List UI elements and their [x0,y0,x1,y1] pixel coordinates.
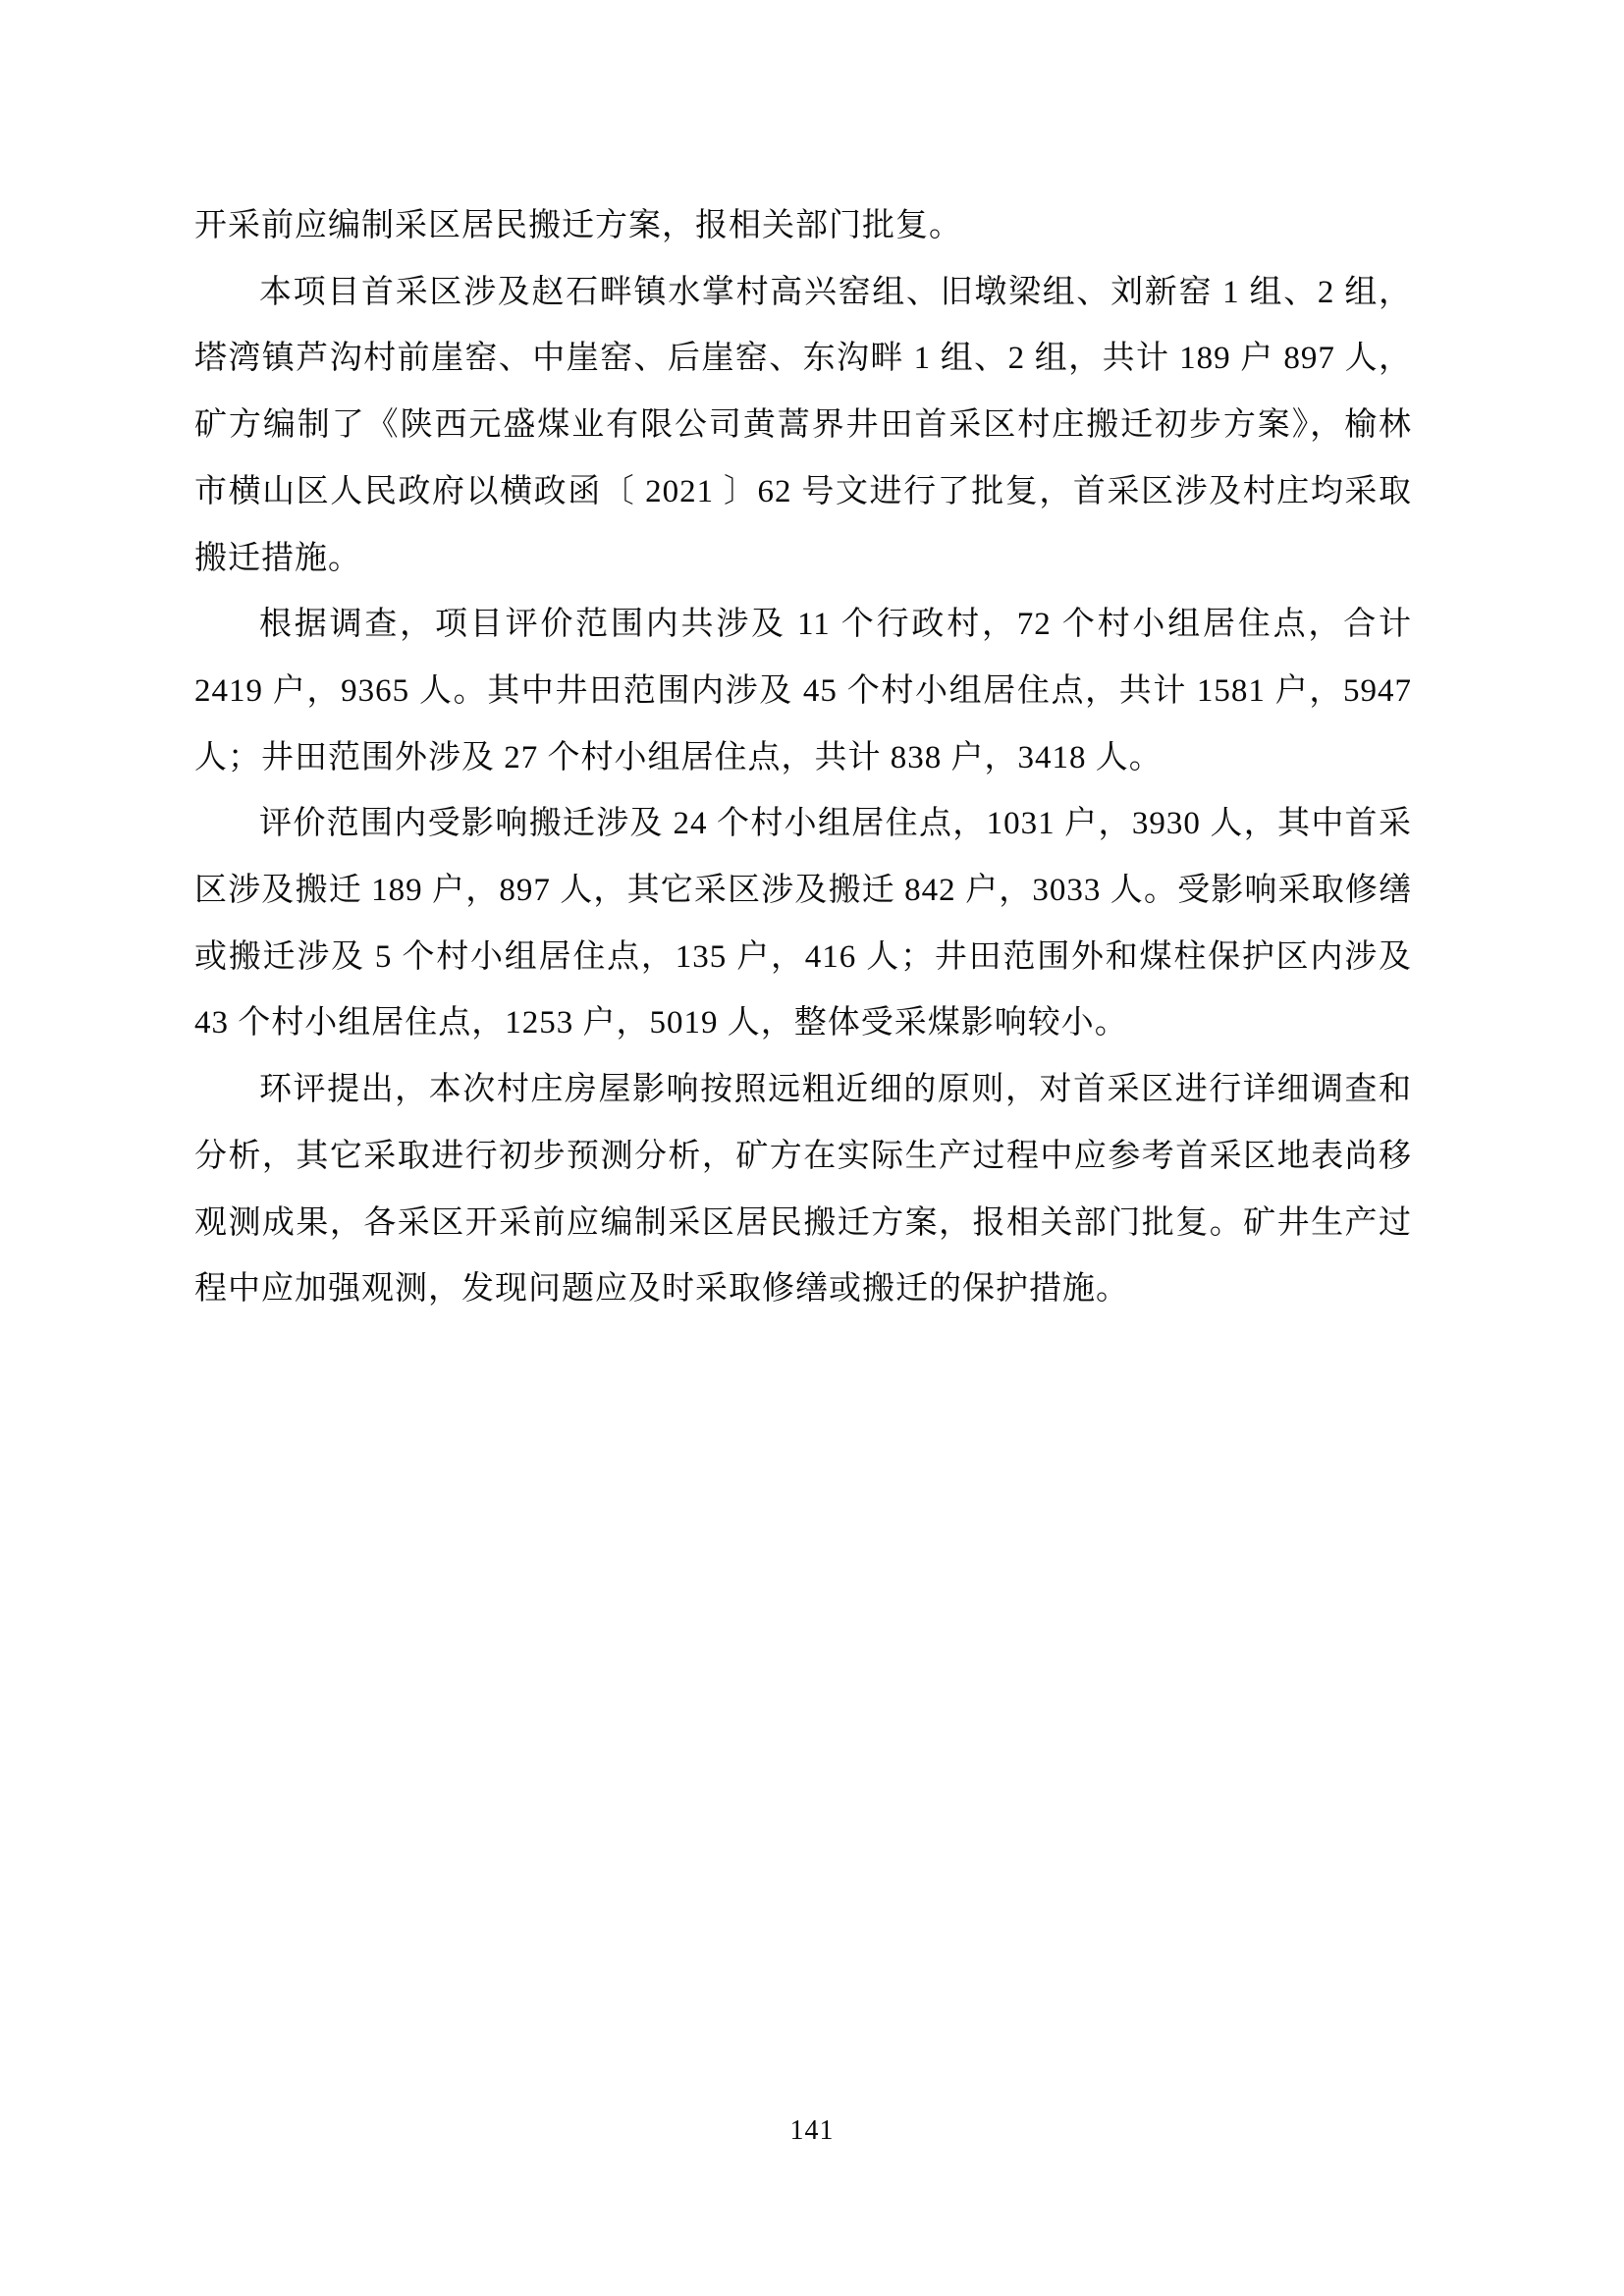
page-number: 141 [790,2115,835,2146]
paragraph-relocation-impact-statistics: 评价范围内受影响搬迁涉及 24 个村小组居住点，1031 户，3930 人，其中… [194,791,1412,1057]
paragraph-survey-statistics: 根据调查，项目评价范围内共涉及 11 个行政村，72 个村小组居住点，合计 24… [194,592,1412,791]
document-page: 开采前应编制采区居民搬迁方案，报相关部门批复。 本项目首采区涉及赵石畔镇水掌村高… [0,0,1624,2296]
paragraph-continuation: 开采前应编制采区居民搬迁方案，报相关部门批复。 [194,193,1412,260]
paragraph-eia-conclusion: 环评提出，本次村庄房屋影响按照远粗近细的原则，对首采区进行详细调查和分析，其它采… [194,1057,1412,1323]
report-body-text: 开采前应编制采区居民搬迁方案，报相关部门批复。 本项目首采区涉及赵石畔镇水掌村高… [194,193,1412,1323]
paragraph-first-mining-area-villages: 本项目首采区涉及赵石畔镇水掌村高兴窑组、旧墩梁组、刘新窑 1 组、2 组，塔湾镇… [194,260,1412,593]
page-footer: 141 [0,2115,1624,2147]
